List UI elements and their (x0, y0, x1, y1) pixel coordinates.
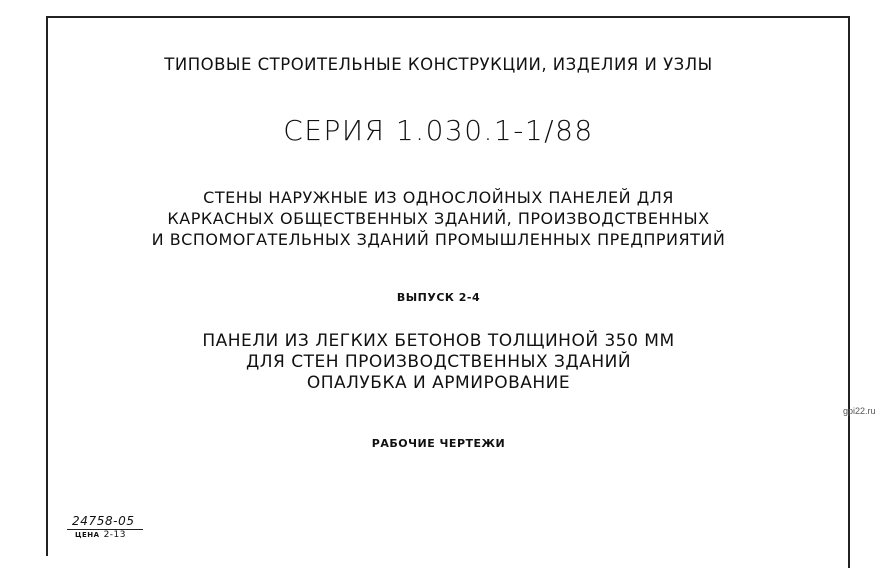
frame-left-border (46, 16, 48, 556)
working-drawings-label: РАБОЧИЕ ЧЕРТЕЖИ (0, 437, 877, 450)
document-heading: ТИПОВЫЕ СТРОИТЕЛЬНЫЕ КОНСТРУКЦИИ, ИЗДЕЛИ… (0, 55, 877, 74)
subtitle-line-2: КАРКАСНЫХ ОБЩЕСТВЕННЫХ ЗДАНИЙ, ПРОИЗВОДС… (0, 209, 877, 228)
stamp-code: 24758-05 (72, 514, 135, 528)
panel-line-2: ДЛЯ СТЕН ПРОИЗВОДСТВЕННЫХ ЗДАНИЙ (0, 352, 877, 372)
subtitle-line-1: СТЕНЫ НАРУЖНЫЕ ИЗ ОДНОСЛОЙНЫХ ПАНЕЛЕЙ ДЛ… (0, 188, 877, 207)
panel-line-3: ОПАЛУБКА И АРМИРОВАНИЕ (0, 373, 877, 393)
issue-number: ВЫПУСК 2-4 (0, 291, 877, 304)
series-title: СЕРИЯ 1.030.1-1/88 (0, 114, 877, 147)
price-label: ЦЕНА (75, 531, 100, 539)
panel-line-1: ПАНЕЛИ ИЗ ЛЕГКИХ БЕТОНОВ ТОЛЩИНОЙ 350 ММ (0, 331, 877, 351)
watermark: gpi22.ru (843, 406, 876, 416)
price-value: 2-13 (104, 530, 126, 540)
frame-top-border (46, 16, 850, 18)
subtitle-line-3: И ВСПОМОГАТЕЛЬНЫХ ЗДАНИЙ ПРОМЫШЛЕННЫХ ПР… (0, 230, 877, 249)
stamp-price: ЦЕНА2-13 (75, 530, 126, 540)
